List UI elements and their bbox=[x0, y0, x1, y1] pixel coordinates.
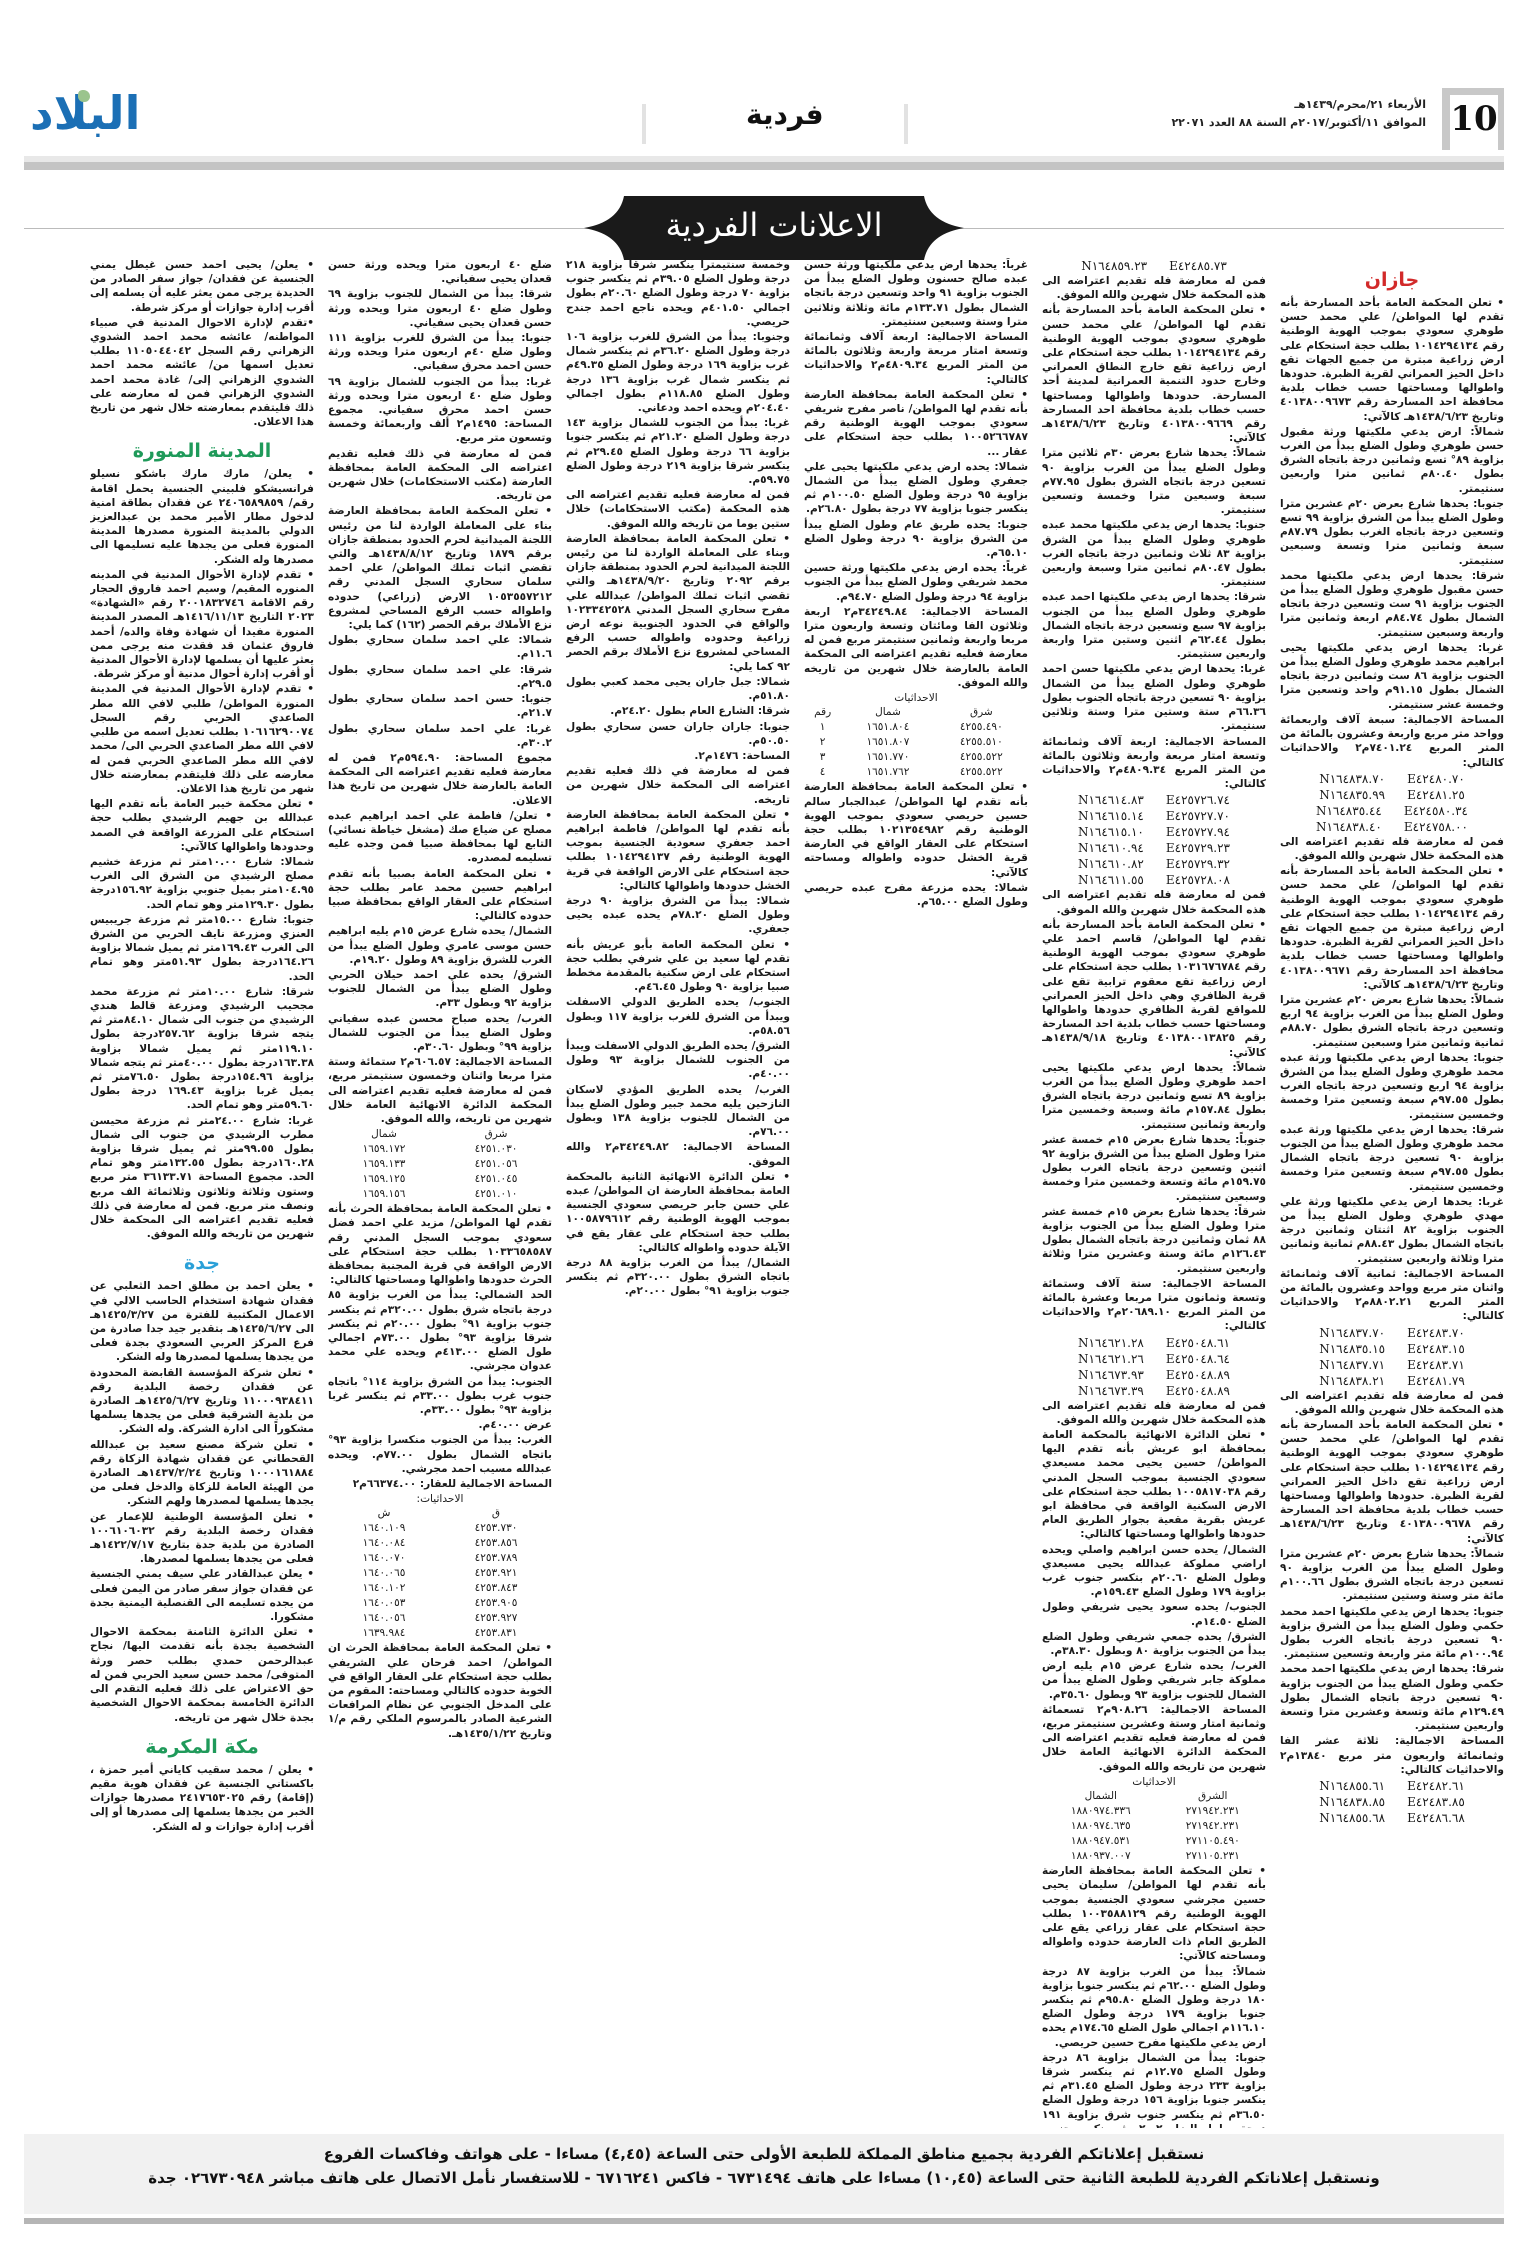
ad-paragraph: فمن له معارضة في ذلك فعليه تقديم اعتراضه… bbox=[566, 764, 790, 807]
table-header: شمال bbox=[328, 1127, 440, 1142]
northing: N١٦٤٨٥٩.٢٣ bbox=[1081, 258, 1147, 274]
ad-paragraph: • يعلن احمد بن مطلق احمد الثعلبي عن فقدا… bbox=[90, 1279, 314, 1364]
ad-paragraph: جنوبا: يحدها ارض يدعي ملكيتها محمد عبده … bbox=[1042, 518, 1266, 589]
ad-paragraph: الجنوب: يبدأ من الشرق بزاوية ١١٤° باتجاه… bbox=[328, 1375, 552, 1418]
coordinates-table: الشرقالشمال٢٧١٩٤٢.٢٣١١٨٨٠٩٧٤.٣٣٦٢٧١٩٤٢.٢… bbox=[1042, 1789, 1266, 1864]
table-row: ٤٢٥٣.٧٣٠١٦٤٠.١٠٩ bbox=[328, 1521, 552, 1536]
easting: E٤٢٤٨٣.٧٠ bbox=[1407, 1325, 1465, 1341]
ad-paragraph: شمالا: جبل جاران يحيى محمد كعبي بطول ٥١.… bbox=[566, 675, 790, 703]
table-header: الشرق bbox=[1160, 1789, 1266, 1804]
table-cell: ٤٢٥١.٠١٠ bbox=[440, 1187, 552, 1202]
ad-paragraph: مجموع المساحة: ٥٩٤.٩٠م٢ فمن له معارضة فع… bbox=[328, 751, 552, 808]
ad-paragraph: شمالا: يحده ارض يدعي ملكيتها يحيى علي جع… bbox=[804, 460, 1028, 517]
northing: N١٦٤٦٢١.٢٨ bbox=[1078, 1335, 1144, 1351]
table-cell: ١٦٥١.٧٦٢ bbox=[841, 765, 934, 780]
ad-paragraph: • تعلن الدائرة الثامنة بمحكمة الاحوال ال… bbox=[90, 1625, 314, 1724]
ad-paragraph: • يعلن / محمد سقيب كاياني أمير حمزة ، با… bbox=[90, 1763, 314, 1834]
northing: N١٦٤٨٣٥.٩٩ bbox=[1319, 787, 1385, 803]
ad-paragraph: غربا: يحدها ارض يدعي ملكيتها يحيى ابراهي… bbox=[1280, 641, 1504, 712]
ad-paragraph: •تقدم لإدارة الاحوال المدنية في صبياء ال… bbox=[90, 316, 314, 430]
coordinate-row: N١٦٤٨٥٥.٦١E٤٢٤٨٢.٦١ bbox=[1280, 1778, 1504, 1794]
ad-paragraph: فمن له معارضة فله تقديم اعتراضه الى هذه … bbox=[1280, 1389, 1504, 1417]
northing: N١٦٤٦١١.٥٥ bbox=[1078, 872, 1144, 888]
northing: N١٦٤٨٥٥.٦١ bbox=[1319, 1778, 1385, 1794]
ad-paragraph: شمالاً: يبدأ من الغرب بزاوية ٨٧ درجة وطو… bbox=[1042, 1965, 1266, 2050]
easting: E٤٢٥٠٤٨.٨٩ bbox=[1166, 1383, 1230, 1399]
table-header: شرق bbox=[935, 705, 1028, 720]
table-row: ٢٧١١٠٥.٢٣١١٨٨٠٩٣٧.٠٠٧ bbox=[1042, 1849, 1266, 1864]
ad-paragraph: • تعلن المحكمة العامة بمحافظة الحرث ان ا… bbox=[328, 1641, 552, 1740]
ad-column: ضلع ٤٠ اربعون مترا ويحده ورثة حسن قعدان … bbox=[328, 258, 552, 2128]
northing: N١٦٤٨٥٥.٦٨ bbox=[1319, 1810, 1385, 1826]
northing: N١٦٤٦١٠.٩٤ bbox=[1078, 840, 1144, 856]
table-row: ٤٢٥٣.٧٨٩١٦٤٠.٠٧٠ bbox=[328, 1551, 552, 1566]
table-header: ش bbox=[328, 1506, 440, 1521]
table-cell: ١٨٨٠٩٧٤.٣٣٦ bbox=[1042, 1804, 1160, 1819]
easting: E٤٢٤٨٣.٧١ bbox=[1407, 1357, 1465, 1373]
table-cell: ٤٢٥٣.٨٤٣ bbox=[440, 1581, 552, 1596]
coordinate-row: N١٦٤٨٣٧.٧١E٤٢٤٨٣.٧١ bbox=[1280, 1357, 1504, 1373]
table-row: ٤٢٥٥.٤٩٠١٦٥١.٨٠٤١ bbox=[804, 720, 1028, 735]
ad-paragraph: غرباً: يحده ارض يدعي ملكيتها ورثة حسين م… bbox=[804, 561, 1028, 604]
table-cell: ٢٧١٩٤٢.٢٣١ bbox=[1160, 1819, 1266, 1834]
table-row: ٢٧١١٠٥.٤٩٠١٨٨٠٩٤٧.٥٣١ bbox=[1042, 1834, 1266, 1849]
table-cell: ٤٢٥١.٠٤٥ bbox=[440, 1172, 552, 1187]
ad-paragraph: الشمال/ يحده شارع عرض ١٥م يليه ابراهيم ح… bbox=[328, 924, 552, 967]
ad-paragraph: • يعلن عبدالقادر علي سيف يمني الجنسية عن… bbox=[90, 1567, 314, 1624]
northing: N١٦٤٨٣٨.٢١ bbox=[1319, 1373, 1385, 1389]
ad-paragraph: • تعلن المحكمة العامة بمحافظة العارضة بأ… bbox=[804, 388, 1028, 459]
ad-paragraph: شرقا: يحدها ارض يدعي ملكيتها محمد حسن مق… bbox=[1280, 569, 1504, 640]
table-cell: ٢٧١١٠٥.٢٣١ bbox=[1160, 1849, 1266, 1864]
easting: E٤٢٤٨٥.٧٣ bbox=[1169, 258, 1227, 274]
table-cell: ٤٢٥٥.٥٢٢ bbox=[935, 765, 1028, 780]
ad-paragraph: غربا: يبدأ من الجنوب للشمال بزاوية ١٤٣ د… bbox=[566, 416, 790, 487]
ad-paragraph: • تعلن المحكمة العامة بأحد المسارحة بأنه… bbox=[1280, 296, 1504, 424]
page-number: 10 bbox=[1450, 95, 1498, 150]
region-heading: جازان bbox=[1280, 266, 1504, 294]
table-row: ٤٢٥١.٠٥٦١٦٥٩.١٣٣ bbox=[328, 1157, 552, 1172]
easting: E٤٢٥٠٤٨.٦٤ bbox=[1166, 1351, 1230, 1367]
ad-paragraph: • تعلن المحكمة العامة بأحد المسارحة بأنه… bbox=[1042, 918, 1266, 1060]
easting: E٤٢٥٠٤٨.٦١ bbox=[1166, 1335, 1230, 1351]
table-cell: ١٦٥١.٨٠٤ bbox=[841, 720, 934, 735]
coordinate-row: N١٦٤٦١٠.٩٤E٤٢٥٧٢٩.٢٣ bbox=[1042, 840, 1266, 856]
footer-line-1: نستقبل إعلاناتكم الفردية بجميع مناطق الم… bbox=[24, 2142, 1504, 2166]
coordinate-row: N١٦٤٨٣٥.٩٩E٤٢٤٨١.٢٥ bbox=[1280, 787, 1504, 803]
ad-paragraph: فمن له معارضة فله تقديم اعتراضه الى هذه … bbox=[1280, 835, 1504, 863]
ad-column: جازان• تعلن المحكمة العامة بأحد المسارحة… bbox=[1280, 258, 1504, 2128]
table-cell: ١٨٨٠٩٧٤.٦٣٥ bbox=[1042, 1819, 1160, 1834]
ad-paragraph: شمالا: علي احمد سلمان سحاري بطول ١١.٦م. bbox=[328, 633, 552, 661]
northing: N١٦٤٨٣٥.١٥ bbox=[1319, 1341, 1385, 1357]
ad-paragraph: الغرب: يبدأ من الجنوب منكسرا بزاوية ٩٣° … bbox=[328, 1433, 552, 1476]
ad-paragraph: جنوبا: يحدها ارض يدعي ملكيتها ورثة عبده … bbox=[1280, 1051, 1504, 1122]
table-header: رقم bbox=[804, 705, 841, 720]
ad-paragraph: المساحة الاجمالية للعقار: ٦٦٣٧٤.٠٠م٢ bbox=[328, 1477, 552, 1491]
ad-paragraph: غربا: شارع ٢٤.٠٠متر ثم مزرعة محيسن مطرب … bbox=[90, 1114, 314, 1242]
ad-paragraph: جنوباً: يحدها شارع بعرض ١٥م خمسة عشر متر… bbox=[1042, 1133, 1266, 1204]
easting: E٤٢٤٨٣.٨٥ bbox=[1407, 1794, 1465, 1810]
coordinate-row: N١٦٤٨٣٧.٧٠E٤٢٤٨٣.٧٠ bbox=[1280, 1325, 1504, 1341]
ad-paragraph: الشمال/ يحده حسن ابراهيم واصلي ويحده ارا… bbox=[1042, 1543, 1266, 1600]
ad-paragraph: • تعلن شركة المؤسسة القابضة المحدودة عن … bbox=[90, 1366, 314, 1437]
coordinate-row: N١٦٤٨٥٩.٢٣E٤٢٤٨٥.٧٣ bbox=[1042, 258, 1266, 274]
banner-title: الاعلانات الفردية bbox=[584, 206, 964, 244]
ad-paragraph: جنوبا: حسن احمد سلمان سحاري بطول ٢١.٧م. bbox=[328, 692, 552, 720]
ad-paragraph: الشرق/ يحده جمعي شريفي وطول الضلع يبدأ م… bbox=[1042, 1630, 1266, 1658]
table-row: ٤٢٥٣.٩٢١١٦٤٠.٠٦٥ bbox=[328, 1566, 552, 1581]
table-row: ٤٢٥٥.٥٢٢١٦٥١.٧٦٢٤ bbox=[804, 765, 1028, 780]
footer-line-2: ونستقبل إعلاناتكم الفردية للطبعة الثانية… bbox=[24, 2166, 1504, 2190]
ad-paragraph: • يعلن/ مارك مارك باشكو نسيلو فرانسيشكو … bbox=[90, 467, 314, 566]
table-cell: ١ bbox=[804, 720, 841, 735]
ad-paragraph: • تعلن المحكمة العامة بمحافظة العارضة وب… bbox=[566, 532, 790, 674]
table-cell: ٣ bbox=[804, 750, 841, 765]
ad-paragraph: شرقا: يحدها ارض يدعي ملكيتها احمد محمد ح… bbox=[1280, 1662, 1504, 1733]
coordinate-row: N١٦٤٦١٥.١٠E٤٢٥٧٢٧.٩٤ bbox=[1042, 824, 1266, 840]
ad-paragraph: المساحة الاجمالية: اربعة آلاف وثمانمائة … bbox=[1042, 735, 1266, 792]
table-row: ٢٧١٩٤٢.٢٣١١٨٨٠٩٧٤.٦٣٥ bbox=[1042, 1819, 1266, 1834]
northing: N١٦٤٨٣٥.٤٤ bbox=[1316, 803, 1382, 819]
date-gregorian: الموافق ١١/أكتوبر/٢٠١٧م السنة ٨٨ العدد ٢… bbox=[1171, 114, 1426, 132]
easting: E٤٢٤٨٦.٦٨ bbox=[1407, 1810, 1465, 1826]
table-cell: ١٦٥٩.١٥٦ bbox=[328, 1187, 440, 1202]
region-heading: المدينة المنورة bbox=[90, 437, 314, 465]
ad-paragraph: غرباً: يحدها ارض يدعي ملكيتها ورثة حسن ع… bbox=[804, 258, 1028, 329]
coordinate-row: N١٦٤٦٢١.٢٦E٤٢٥٠٤٨.٦٤ bbox=[1042, 1351, 1266, 1367]
ad-paragraph: • تعلن المحكمة العامة بأحد المسارحة بأنه… bbox=[1280, 864, 1504, 992]
table-cell: ١٦٥١.٨٠٧ bbox=[841, 735, 934, 750]
ad-paragraph: • تعلن الدائرة الانهائية بالمحكمة العامة… bbox=[1042, 1428, 1266, 1542]
northing: N١٦٤٦١٤.٨٣ bbox=[1078, 792, 1144, 808]
northing: N١٦٤٨٣٧.٧٠ bbox=[1319, 1325, 1385, 1341]
ad-paragraph: شمالاً: يحدها شارع بعرض ٢٠م عشرين مترا و… bbox=[1280, 993, 1504, 1050]
ad-paragraph: شرقا: يحدها ارض يدعي ملكيتها ورثة عبده م… bbox=[1280, 1123, 1504, 1194]
footer-notice: نستقبل إعلاناتكم الفردية بجميع مناطق الم… bbox=[24, 2134, 1504, 2214]
ad-paragraph: المساحة الاجمالية: ٣٤٢٤٩.٨٢م٢ والله المو… bbox=[566, 1140, 790, 1168]
easting: E٤٢٥٧٢٧.٧٠ bbox=[1166, 808, 1230, 824]
table-cell: ٢ bbox=[804, 735, 841, 750]
ads-columns: جازان• تعلن المحكمة العامة بأحد المسارحة… bbox=[24, 258, 1504, 2128]
coordinate-row: N١٦٤٦١٠.٨٢E٤٢٥٧٢٩.٣٢ bbox=[1042, 856, 1266, 872]
ad-paragraph: الحد الشمالي: يبدأ من الغرب بزاوية ٨٥ در… bbox=[328, 1288, 552, 1373]
table-cell: ١٦٤٠.٠٨٤ bbox=[328, 1536, 440, 1551]
ad-paragraph: • يعلن/ يحيى احمد حسن غيطل يمني الجنسية … bbox=[90, 258, 314, 315]
coordinate-row: N١٦٤٨٣٨.٧٠E٤٢٤٨٠.٧٠ bbox=[1280, 771, 1504, 787]
ad-paragraph: غربا: يحدها ارض يدعي ملكيتها حسن احمد طو… bbox=[1042, 662, 1266, 733]
table-cell: ١٦٤٠.٠٥٦ bbox=[328, 1611, 440, 1626]
date-hijri: الأربعاء ٢١/محرم/١٤٣٩هـ bbox=[1171, 96, 1426, 114]
ad-paragraph: المساحة الاجمالية: ثلاثة عشر الفا وثمانم… bbox=[1280, 1734, 1504, 1777]
ad-paragraph: شمالاً: ارض يدعي ملكيتها ورثة مقبول حسن … bbox=[1280, 425, 1504, 496]
coordinates-table: شرقشمالرقم٤٢٥٥.٤٩٠١٦٥١.٨٠٤١٤٢٥٥.٥١٠١٦٥١.… bbox=[804, 705, 1028, 780]
table-cell: ٤٢٥٥.٤٩٠ bbox=[935, 720, 1028, 735]
ad-paragraph: شرقاً: يحدها شارع بعرض ١٥م خمسة عشر مترا… bbox=[1042, 1205, 1266, 1276]
ad-paragraph: المساحة: ١٤٧٦م٢. bbox=[566, 749, 790, 763]
ad-paragraph: فمن له معارضة فله تقديم اعتراضه الى هذه … bbox=[1042, 274, 1266, 302]
table-cell: ١٦٤٠.١٠٩ bbox=[328, 1521, 440, 1536]
easting: E٤٢٤٨١.٧٩ bbox=[1407, 1373, 1465, 1389]
table-cell: ١٦٥١.٧٧٠ bbox=[841, 750, 934, 765]
ad-paragraph: • تعلن المحكمة العامة بمحافظة العارضة بن… bbox=[328, 504, 552, 632]
masthead: البلاد فردية الأربعاء ٢١/محرم/١٤٣٩هـ الم… bbox=[24, 88, 1504, 156]
table-row: ٤٢٥١.٠٣٠١٦٥٩.١٧٢ bbox=[328, 1142, 552, 1157]
table-cell: ١٦٥٩.١٢٥ bbox=[328, 1172, 440, 1187]
easting: E٤٢٤٧٥٨.٠٠ bbox=[1404, 819, 1468, 835]
ad-paragraph: شرقا: يبدأ من الشمال للجنوب بزاوية ٦٩ وط… bbox=[328, 287, 552, 330]
ad-paragraph: المساحة الاجمالية: ٦٠٦.٥٧م٢ ستمائة وستة … bbox=[328, 1055, 552, 1126]
coordinate-row: N١٦٤٦١٥.١٤E٤٢٥٧٢٧.٧٠ bbox=[1042, 808, 1266, 824]
ad-paragraph: المساحة الاجمالية: ٩٠٨.٢٦م٢ تسعمائة وثما… bbox=[1042, 1703, 1266, 1774]
ad-paragraph: • تعلن المحكمة العامة بأحد المسارحة بأنه… bbox=[1280, 1418, 1504, 1546]
ad-paragraph: فمن له معارضة في ذلك فعليه تقديم اعتراضه… bbox=[328, 447, 552, 504]
northing: N١٦٤٨٣٨.٤٠ bbox=[1316, 819, 1382, 835]
ad-paragraph: وخمسة سنتيمترا ينكسر شرقا بزاوية ٢١٨ درج… bbox=[566, 258, 790, 329]
northing: N١٦٤٨٣٧.٧١ bbox=[1319, 1357, 1385, 1373]
coordinate-row: N١٦٤٨٥٥.٦٨E٤٢٤٨٦.٦٨ bbox=[1280, 1810, 1504, 1826]
coordinates-list: N١٦٤٨٣٨.٧٠E٤٢٤٨٠.٧٠N١٦٤٨٣٥.٩٩E٤٢٤٨١.٢٥N١… bbox=[1280, 771, 1504, 835]
ad-paragraph: • تعلن المحكمة العامة بأبو عريش بأنه تقد… bbox=[566, 938, 790, 995]
table-cell: ١٦٤٠.٠٧٠ bbox=[328, 1551, 440, 1566]
table-cell: ٤٢٥٣.٩٠٥ bbox=[440, 1596, 552, 1611]
table-cell: ١٦٤٠.٠٦٥ bbox=[328, 1566, 440, 1581]
table-row: ٤٢٥٥.٥٢٢١٦٥١.٧٧٠٣ bbox=[804, 750, 1028, 765]
coordinate-row: N١٦٤٦٧٣.٩٣E٤٢٥٠٤٨.٨٩ bbox=[1042, 1367, 1266, 1383]
table-cell: ١٦٤٠.١٠٢ bbox=[328, 1581, 440, 1596]
ad-paragraph: • تعلن المؤسسة الوطنية للإعمار عن فقدان … bbox=[90, 1510, 314, 1567]
ad-paragraph: جنوبا: يحدها ارض يدعي ملكيتها احمد محمد … bbox=[1280, 1605, 1504, 1662]
region-heading: مكة المكرمة bbox=[90, 1733, 314, 1761]
table-row: ٤٢٥٣.٩٢٧١٦٤٠.٠٥٦ bbox=[328, 1611, 552, 1626]
coordinates-list: N١٦٤٦٢١.٢٨E٤٢٥٠٤٨.٦١N١٦٤٦٢١.٢٦E٤٢٥٠٤٨.٦٤… bbox=[1042, 1335, 1266, 1399]
table-cell: ٢٧١١٠٥.٤٩٠ bbox=[1160, 1834, 1266, 1849]
ad-paragraph: ضلع ٤٠ اربعون مترا ويحده ورثة حسن قعدان … bbox=[328, 258, 552, 286]
ad-paragraph: غربا: يحدها ارض يدعي ملكيتها ورثة علي مه… bbox=[1280, 1195, 1504, 1266]
ad-column: وخمسة سنتيمترا ينكسر شرقا بزاوية ٢١٨ درج… bbox=[566, 258, 790, 2128]
table-cell: ١٦٥٩.١٧٢ bbox=[328, 1142, 440, 1157]
northing: N١٦٤٦٧٣.٩٣ bbox=[1078, 1367, 1144, 1383]
northing: N١٦٤٨٣٨.٨٥ bbox=[1319, 1794, 1385, 1810]
table-cell: ٤٢٥٣.٧٨٩ bbox=[440, 1551, 552, 1566]
table-header: شمال bbox=[841, 705, 934, 720]
ad-paragraph: شمالا: يحده مزرعة مفرح عبده حريصي وطول ا… bbox=[804, 881, 1028, 909]
ad-paragraph: غربا: يبدأ من الجنوب للشمال بزاوية ٦٩ وط… bbox=[328, 375, 552, 446]
coordinates-list: N١٦٤٨٥٥.٦١E٤٢٤٨٢.٦١N١٦٤٨٣٨.٨٥E٤٢٤٨٣.٨٥N١… bbox=[1280, 1778, 1504, 1826]
header-divider bbox=[642, 104, 646, 144]
coordinates-list: N١٦٤٨٥٩.٢٣E٤٢٤٨٥.٧٣ bbox=[1042, 258, 1266, 274]
ad-column: • يعلن/ يحيى احمد حسن غيطل يمني الجنسية … bbox=[90, 258, 314, 2128]
table-row: ٤٢٥٣.٨٥٦١٦٤٠.٠٨٤ bbox=[328, 1536, 552, 1551]
easting: E٤٢٥٧٢٩.٣٢ bbox=[1166, 856, 1230, 872]
ad-paragraph: المساحة الاجمالية: سبعة آلاف واربعمائة و… bbox=[1280, 713, 1504, 770]
ad-paragraph: شرقا: شارع ١٠.٠٠متر ثم مزرعة محمد مجحيب … bbox=[90, 985, 314, 1113]
ad-paragraph: الغرب/ يحده الطريق المؤدي لاسكان النازحي… bbox=[566, 1083, 790, 1140]
table-row: ٤٢٥٣.٨٤٣١٦٤٠.١٠٢ bbox=[328, 1581, 552, 1596]
region-heading: جدة bbox=[90, 1249, 314, 1277]
easting: E٤٢٤٨١.٢٥ bbox=[1407, 787, 1465, 803]
easting: E٤٢٥٧٢٦.٧٤ bbox=[1166, 792, 1230, 808]
ad-paragraph: فمن له معارضة فله تقديم اعتراضه الى هذه … bbox=[1042, 888, 1266, 916]
ad-paragraph: المساحة الاجمالية: ٣٤٢٤٩.٨٤م٢ اربعة وثلا… bbox=[804, 605, 1028, 690]
table-cell: ١٨٨٠٩٤٧.٥٣١ bbox=[1042, 1834, 1160, 1849]
newspaper-page: البلاد فردية الأربعاء ٢١/محرم/١٤٣٩هـ الم… bbox=[24, 88, 1504, 266]
footer-rule bbox=[24, 2218, 1504, 2224]
ad-paragraph: شرقا: يحدها ارض يدعي ملكيتها احمد عبده ط… bbox=[1042, 590, 1266, 661]
ad-paragraph: • تعلن محكمة خيبر العامة بأنه تقدم اليها… bbox=[90, 797, 314, 854]
table-cell: ٤٢٥٣.٧٣٠ bbox=[440, 1521, 552, 1536]
ad-paragraph: المساحة الاجمالية: ستة آلاف وستمائة وتسع… bbox=[1042, 1277, 1266, 1334]
ad-paragraph: غربا: علي احمد سلمان سحاري بطول ٣٠.٢م. bbox=[328, 722, 552, 750]
ad-paragraph: الغرب/ يحده شارع عرض ١٥م يليه ارض مملوكة… bbox=[1042, 1659, 1266, 1702]
coordinates-table: شرقشمال٤٢٥١.٠٣٠١٦٥٩.١٧٢٤٢٥١.٠٥٦١٦٥٩.١٣٣٤… bbox=[328, 1127, 552, 1202]
ad-paragraph: الجنوب/ يحده الطريق الدولي الاسفلت ويبدأ… bbox=[566, 995, 790, 1038]
ad-paragraph: وجنوبا: يبدأ من الشرق للغرب بزاوية ١٠٦ د… bbox=[566, 330, 790, 415]
easting: E٤٢٥٧٢٨.٠٨ bbox=[1166, 872, 1230, 888]
table-cell: ٤٢٥١.٠٣٠ bbox=[440, 1142, 552, 1157]
table-row: ٤٢٥٣.٨٣١١٦٣٩.٩٨٤ bbox=[328, 1626, 552, 1641]
ad-paragraph: شمالاً: يحدها شارع بعرض ٣٠م ثلاثين مترا … bbox=[1042, 446, 1266, 517]
table-cell: ١٦٣٩.٩٨٤ bbox=[328, 1626, 440, 1641]
northing: N١٦٤٦٢١.٢٦ bbox=[1078, 1351, 1144, 1367]
coordinate-row: N١٦٤٨٣٨.٢١E٤٢٤٨١.٧٩ bbox=[1280, 1373, 1504, 1389]
ad-paragraph: • تقدم لإدارة الأحوال المدنية في المدينة… bbox=[90, 682, 314, 796]
table-header: الشمال bbox=[1042, 1789, 1160, 1804]
table-row: ٤٢٥٣.٩٠٥١٦٤٠.٠٥٣ bbox=[328, 1596, 552, 1611]
ad-paragraph: المساحة الاجمالية: اربعة آلاف وثمانمائة … bbox=[804, 330, 1028, 387]
ad-paragraph: شمالاً: يحدها ارض يدعي ملكيتها يحيى احمد… bbox=[1042, 1061, 1266, 1132]
ad-paragraph: • تعلن المحكمة العامة بمحافظة العارضة بأ… bbox=[1042, 1864, 1266, 1963]
coordinate-row: N١٦٤٦٧٣.٣٩E٤٢٥٠٤٨.٨٩ bbox=[1042, 1383, 1266, 1399]
ad-paragraph: • تعلن المحكمة العامة بمحافظة العارضة بأ… bbox=[566, 808, 790, 893]
coordinates-title: الاحداثيات bbox=[804, 691, 1028, 705]
coordinate-row: N١٦٤٨٣٥.١٥E٤٢٤٨٣.١٥ bbox=[1280, 1341, 1504, 1357]
coordinate-row: N١٦٤٨٣٨.٨٥E٤٢٤٨٣.٨٥ bbox=[1280, 1794, 1504, 1810]
easting: E٤٢٤٨٠.٧٠ bbox=[1407, 771, 1465, 787]
ad-column: غرباً: يحدها ارض يدعي ملكيتها ورثة حسن ع… bbox=[804, 258, 1028, 2128]
ad-paragraph: • تعلن المحكمة العامة بمحافظة العارضة بأ… bbox=[804, 780, 1028, 879]
ad-paragraph: عرض ٤٠.٠٠م. bbox=[328, 1418, 552, 1432]
ad-paragraph: • تعلن المحكمة العامة بصبيا بأنه تقدم اب… bbox=[328, 867, 552, 924]
coordinate-row: N١٦٤٦١١.٥٥E٤٢٥٧٢٨.٠٨ bbox=[1042, 872, 1266, 888]
ad-paragraph: • تعلن المحكمة العامة بمحافظة الحرث بأنه… bbox=[328, 1202, 552, 1287]
coordinates-title: الاحداثيات bbox=[1042, 1775, 1266, 1789]
coordinates-list: N١٦٤٨٣٧.٧٠E٤٢٤٨٣.٧٠N١٦٤٨٣٥.١٥E٤٢٤٨٣.١٥N١… bbox=[1280, 1325, 1504, 1389]
ad-paragraph: جنوبا: يحدها شارع بعرض ٢٠م عشرين مترا وط… bbox=[1280, 497, 1504, 568]
header-rule bbox=[24, 156, 1504, 170]
ad-paragraph: الشمال/ يبدأ من الغرب بزاوية ٨٨ درجة بات… bbox=[566, 1256, 790, 1299]
ad-paragraph: • تعلن المحكمة العامة بأحد المسارحة بأنه… bbox=[1042, 303, 1266, 445]
table-row: ٤٢٥١.٠١٠١٦٥٩.١٥٦ bbox=[328, 1187, 552, 1202]
easting: E٤٢٥٠٤٨.٨٩ bbox=[1166, 1367, 1230, 1383]
table-cell: ١٨٨٠٩٣٧.٠٠٧ bbox=[1042, 1849, 1160, 1864]
ad-paragraph: • تعلن/ فاطمة علي احمد ابراهيم عبده مصلح… bbox=[328, 809, 552, 866]
ad-paragraph: جنوبا: شارع ١٥.٠٠متر ثم مزرعة جريبيس الع… bbox=[90, 913, 314, 984]
page-number-box: 10 bbox=[1442, 88, 1504, 150]
coordinate-row: N١٦٤٨٣٥.٤٤E٤٢٤٥٨٠.٣٤ bbox=[1280, 803, 1504, 819]
ad-paragraph: الشرق/ يحده الطريق الدولي الاسفلت ويبدأ … bbox=[566, 1039, 790, 1082]
ad-paragraph: الشرق/ يحده علي احمد حيلان الحربي وطول ا… bbox=[328, 968, 552, 1011]
easting: E٤٢٥٧٢٧.٩٤ bbox=[1166, 824, 1230, 840]
section-title: فردية bbox=[746, 98, 824, 131]
northing: N١٦٤٨٣٨.٧٠ bbox=[1319, 771, 1385, 787]
ad-paragraph: فمن له معارضة فعليه تقديم اعتراضه الى هذ… bbox=[566, 488, 790, 531]
northing: N١٦٤٦١٥.١٤ bbox=[1078, 808, 1144, 824]
table-cell: ٤ bbox=[804, 765, 841, 780]
table-cell: ٢٧١٩٤٢.٢٣١ bbox=[1160, 1804, 1266, 1819]
coordinate-row: N١٦٤٦٢١.٢٨E٤٢٥٠٤٨.٦١ bbox=[1042, 1335, 1266, 1351]
header-divider bbox=[904, 104, 908, 144]
table-cell: ٤٢٥٥.٥٢٢ bbox=[935, 750, 1028, 765]
coordinates-list: N١٦٤٦١٤.٨٣E٤٢٥٧٢٦.٧٤N١٦٤٦١٥.١٤E٤٢٥٧٢٧.٧٠… bbox=[1042, 792, 1266, 888]
ad-paragraph: • تعلن شركة مصنع سعيد بن عبدالله القحطان… bbox=[90, 1438, 314, 1509]
table-cell: ٤٢٥٥.٥١٠ bbox=[935, 735, 1028, 750]
easting: E٤٢٤٨٣.١٥ bbox=[1407, 1341, 1465, 1357]
ad-paragraph: شمالا: يبدأ من الشرق بزاوية ٩٠ درجة وطول… bbox=[566, 894, 790, 937]
banner-plaque: الاعلانات الفردية bbox=[584, 196, 964, 260]
coordinates-table: قش٤٢٥٣.٧٣٠١٦٤٠.١٠٩٤٢٥٣.٨٥٦١٦٤٠.٠٨٤٤٢٥٣.٧… bbox=[328, 1506, 552, 1641]
table-header: ق bbox=[440, 1506, 552, 1521]
easting: E٤٢٥٧٢٩.٢٣ bbox=[1166, 840, 1230, 856]
ad-paragraph: الجنوب/ يحده سعود يحيى شريفي وطول الضلع … bbox=[1042, 1600, 1266, 1628]
ad-paragraph: • تقدم لإدارة الأحوال المدنية في المدينه… bbox=[90, 568, 314, 682]
table-row: ٤٢٥١.٠٤٥١٦٥٩.١٢٥ bbox=[328, 1172, 552, 1187]
table-row: ٢٧١٩٤٢.٢٣١١٨٨٠٩٧٤.٣٣٦ bbox=[1042, 1804, 1266, 1819]
easting: E٤٢٤٨٢.٦١ bbox=[1407, 1778, 1465, 1794]
ad-paragraph: شرقا: علي احمد سلمان سحاري بطول ٢٩.٥م. bbox=[328, 663, 552, 691]
table-cell: ٤٢٥٣.٨٣١ bbox=[440, 1626, 552, 1641]
table-cell: ١٦٤٠.٠٥٣ bbox=[328, 1596, 440, 1611]
ad-paragraph: الغرب/ يحده صباح محسن عبده سفياني وطول ا… bbox=[328, 1012, 552, 1055]
ad-paragraph: جنوبا: يبدأ من الشرق للغرب بزاوية ١١١ وط… bbox=[328, 331, 552, 374]
section-banner: الاعلانات الفردية bbox=[24, 192, 1504, 266]
easting: E٤٢٤٥٨٠.٣٤ bbox=[1404, 803, 1468, 819]
table-row: ٤٢٥٥.٥١٠١٦٥١.٨٠٧٢ bbox=[804, 735, 1028, 750]
map-icon bbox=[78, 90, 90, 102]
coordinate-row: N١٦٤٦١٤.٨٣E٤٢٥٧٢٦.٧٤ bbox=[1042, 792, 1266, 808]
ad-paragraph: شمالا: شارع ١٠.٠٠متر ثم مزرعة خشيم مصلح … bbox=[90, 855, 314, 912]
table-header: شرق bbox=[440, 1127, 552, 1142]
table-cell: ٤٢٥٣.٩٢١ bbox=[440, 1566, 552, 1581]
ad-column: N١٦٤٨٥٩.٢٣E٤٢٤٨٥.٧٣فمن له معارضة فله تقد… bbox=[1042, 258, 1266, 2128]
northing: N١٦٤٦١٥.١٠ bbox=[1078, 824, 1144, 840]
ad-paragraph: شمالاً: يحدها شارع بعرض ٢٠م عشرين مترا و… bbox=[1280, 1547, 1504, 1604]
ad-paragraph: • تعلن الدائرة الانهائية الثانية بالمحكم… bbox=[566, 1170, 790, 1255]
northing: N١٦٤٦١٠.٨٢ bbox=[1078, 856, 1144, 872]
dateline: الأربعاء ٢١/محرم/١٤٣٩هـ الموافق ١١/أكتوب… bbox=[1171, 96, 1426, 132]
ad-paragraph: شرقا: الشارع العام بطول ٢٤.٢٠م. bbox=[566, 704, 790, 718]
coordinates-title: الاحداثيات: bbox=[328, 1492, 552, 1506]
coordinate-row: N١٦٤٨٣٨.٤٠E٤٢٤٧٥٨.٠٠ bbox=[1280, 819, 1504, 835]
ad-paragraph: فمن له معارضة فله تقديم اعتراضه الى هذه … bbox=[1042, 1399, 1266, 1427]
ad-paragraph: جنوبا: يبدأ من الشمال بزاوية ٨٦ درجة وطو… bbox=[1042, 2051, 1266, 2128]
table-cell: ٤٢٥٣.٩٢٧ bbox=[440, 1611, 552, 1626]
ad-paragraph: جنوبا: جاران جاران حسن سحاري بطول ٥٠.٥٠م… bbox=[566, 720, 790, 748]
table-cell: ٤٢٥٣.٨٥٦ bbox=[440, 1536, 552, 1551]
table-cell: ٤٢٥١.٠٥٦ bbox=[440, 1157, 552, 1172]
table-cell: ١٦٥٩.١٣٣ bbox=[328, 1157, 440, 1172]
northing: N١٦٤٦٧٣.٣٩ bbox=[1078, 1383, 1144, 1399]
ad-paragraph: جنوبا: يحده طريق عام وطول الضلع يبدأ من … bbox=[804, 518, 1028, 561]
ad-paragraph: المساحة الاجمالية: ثمانية آلاف وثمانمائة… bbox=[1280, 1267, 1504, 1324]
